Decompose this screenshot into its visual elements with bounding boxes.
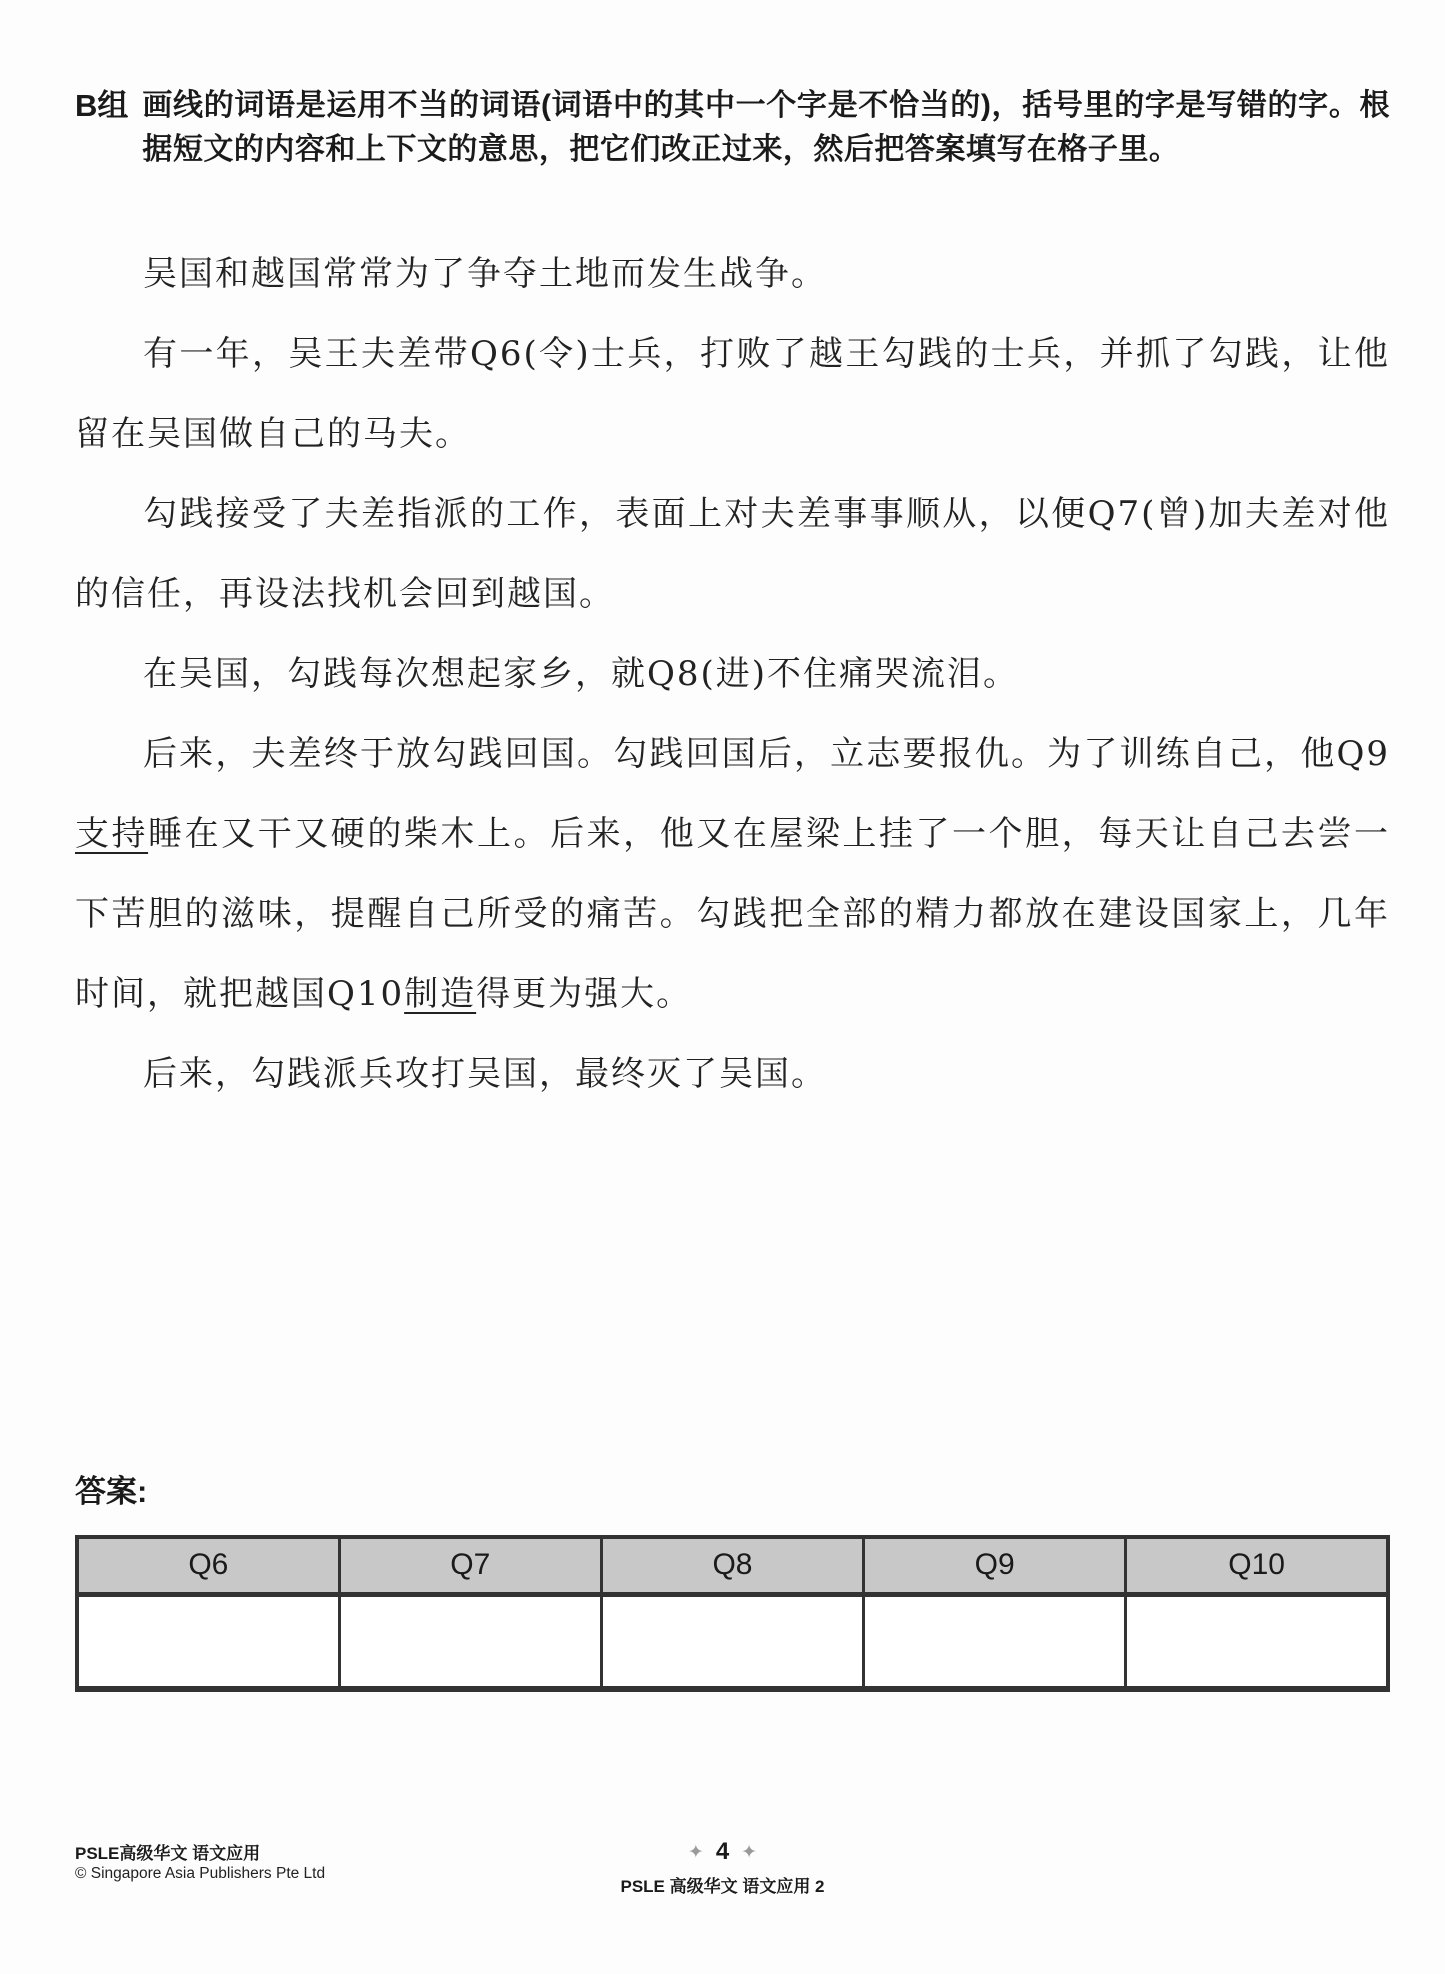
page-number: 4 — [716, 1838, 729, 1866]
instructions-text: 画线的词语是运用不当的词语(词语中的其中一个字是不恰当的)，括号里的字是写错的字… — [142, 84, 1390, 172]
text-run: 吴国和越国常常为了争夺土地而发生战争。 — [143, 254, 827, 294]
diamond-icon: ✦ — [688, 1841, 704, 1864]
footer-left: PSLE高级华文 语文应用 © Singapore Asia Publisher… — [75, 1843, 325, 1884]
passage-paragraph: 吴国和越国常常为了争夺土地而发生战争。 — [75, 234, 1390, 314]
text-run: 在吴国，勾践每次想起家乡，就Q8(进)不住痛哭流泪。 — [143, 654, 1019, 694]
answer-header-cell: Q7 — [339, 1537, 601, 1594]
footer-center: ✦ 4 ✦ PSLE 高级华文 语文应用 2 — [620, 1838, 824, 1897]
passage: 吴国和越国常常为了争夺土地而发生战争。有一年，吴王夫差带Q6(令)士兵，打败了越… — [75, 234, 1390, 1114]
answer-header-cell: Q6 — [77, 1537, 339, 1594]
text-run: 有一年，吴王夫差带Q6(令)士兵，打败了越王勾践的士兵，并抓了勾践，让他留在吴国… — [75, 334, 1390, 454]
text-run: 后来，勾践派兵攻打吴国，最终灭了吴国。 — [143, 1054, 827, 1094]
text-run: 勾践接受了夫差指派的工作，表面上对夫差事事顺从，以便Q7(曾)加夫差对他的信任，… — [75, 494, 1390, 614]
answer-table-body-row — [77, 1594, 1388, 1689]
answer-header-cell: Q10 — [1126, 1537, 1388, 1594]
answer-cell — [601, 1594, 863, 1689]
text-run: 得更为强大。 — [476, 974, 692, 1014]
answer-table-header-row: Q6 Q7 Q8 Q9 Q10 — [77, 1537, 1388, 1594]
passage-paragraph: 后来，夫差终于放勾践回国。勾践回国后，立志要报仇。为了训练自己，他Q9支持睡在又… — [75, 714, 1390, 1034]
answer-header-cell: Q9 — [864, 1537, 1126, 1594]
footer-copyright: © Singapore Asia Publishers Pte Ltd — [75, 1864, 325, 1883]
underlined-word: 制造 — [404, 974, 476, 1014]
answers-label: 答案: — [75, 1466, 1390, 1511]
answer-cell — [1126, 1594, 1388, 1689]
answer-cell — [864, 1594, 1126, 1689]
passage-paragraph: 勾践接受了夫差指派的工作，表面上对夫差事事顺从，以便Q7(曾)加夫差对他的信任，… — [75, 474, 1390, 634]
passage-paragraph: 在吴国，勾践每次想起家乡，就Q8(进)不住痛哭流泪。 — [75, 634, 1390, 714]
page-content: B组 画线的词语是运用不当的词语(词语中的其中一个字是不恰当的)，括号里的字是写… — [0, 0, 1445, 1692]
answer-table: Q6 Q7 Q8 Q9 Q10 — [75, 1535, 1390, 1692]
underlined-word: 支持 — [75, 814, 148, 854]
passage-paragraph: 后来，勾践派兵攻打吴国，最终灭了吴国。 — [75, 1034, 1390, 1114]
footer-book-title: PSLE 高级华文 语文应用 2 — [620, 1872, 824, 1897]
section-b-header: B组 画线的词语是运用不当的词语(词语中的其中一个字是不恰当的)，括号里的字是写… — [75, 84, 1390, 172]
group-label: B组 — [75, 84, 128, 128]
answer-cell — [77, 1594, 339, 1689]
answers-section: 答案: Q6 Q7 Q8 Q9 Q10 — [75, 1466, 1390, 1692]
worksheet-page: B组 画线的词语是运用不当的词语(词语中的其中一个字是不恰当的)，括号里的字是写… — [0, 0, 1445, 1974]
text-run: 睡在又干又硬的柴木上。后来，他又在屋梁上挂了一个胆，每天让自己去尝一下苦胆的滋味… — [75, 814, 1390, 1014]
diamond-icon: ✦ — [741, 1841, 757, 1864]
text-run: 后来，夫差终于放勾践回国。勾践回国后，立志要报仇。为了训练自己，他Q9 — [143, 734, 1390, 774]
answer-header-cell: Q8 — [601, 1537, 863, 1594]
passage-paragraph: 有一年，吴王夫差带Q6(令)士兵，打败了越王勾践的士兵，并抓了勾践，让他留在吴国… — [75, 314, 1390, 474]
answer-cell — [339, 1594, 601, 1689]
footer-series-title: PSLE高级华文 语文应用 — [75, 1843, 325, 1864]
page-number-block: ✦ 4 ✦ — [620, 1838, 824, 1866]
